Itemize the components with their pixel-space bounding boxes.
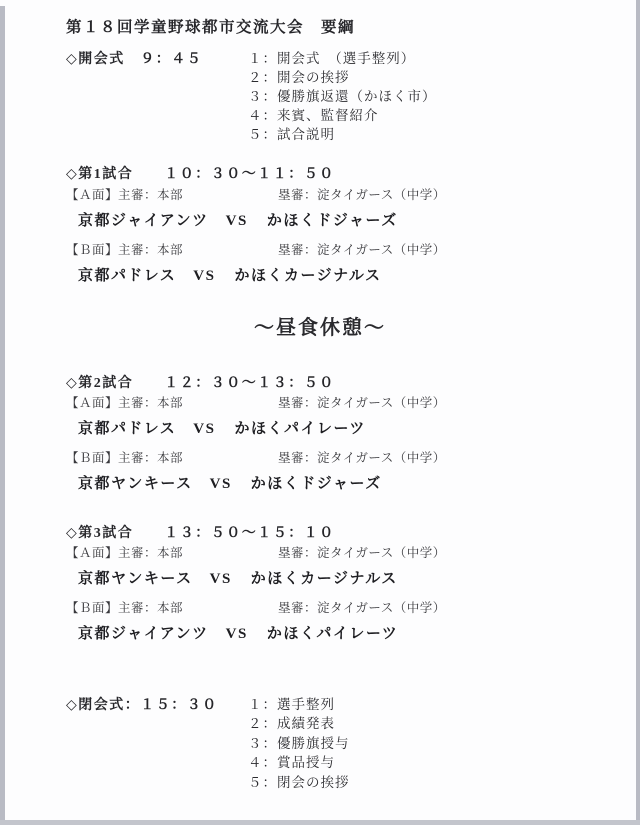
team-a-name: 京都パドレス [78,268,176,284]
vs-label: VS [210,476,232,492]
field-b-main-umpire: 【Ｂ面】主審：本部 [66,243,183,257]
closing-item: ４：賞品授与 [248,755,335,772]
game-header: ◇第1試合 １０：３０～１１：５０ [66,163,335,183]
team-b-name: かほくドジャーズ [251,476,382,492]
field-b-matchup: 京都ジャイアンツVSかほくパイレーツ [78,622,398,643]
field-a-main-umpire: 【Ａ面】主審：本部 [66,546,183,560]
game-section-1: ◇第1試合 １０：３０～１１：５０ 【Ａ面】主審：本部 塁審：淀タイガース（中学… [66,163,611,285]
field-b-matchup: 京都ヤンキースVSかほくドジャーズ [78,472,382,493]
document-page: 第１８回学童野球都市交流大会 要綱 ◇開会式 ９：４５ １：開会式 （選手整列）… [0,0,640,825]
field-b-main-umpire: 【Ｂ面】主審：本部 [66,451,183,465]
field-a-main-umpire: 【Ａ面】主審：本部 [66,396,183,410]
field-a-base-umpire: 塁審：淀タイガース（中学） [278,543,446,561]
vs-label: VS [226,213,248,229]
vs-label: VS [193,421,215,437]
closing-item: ５：閉会の挨拶 [248,775,350,792]
closing-item: １：選手整列 [248,697,335,714]
game-header: ◇第3試合 １３：５０～１５：１０ [66,522,335,542]
field-b-main-umpire: 【Ｂ面】主審：本部 [66,601,183,615]
game-header: ◇第2試合 １２：３０～１３：５０ [66,372,335,392]
game-section-2: ◇第2試合 １２：３０～１３：５０ 【Ａ面】主審：本部 塁審：淀タイガース（中学… [66,372,611,494]
team-b-name: かほくパイレーツ [234,421,365,437]
team-b-name: かほくカージナルス [234,268,381,284]
field-b-base-umpire: 塁審：淀タイガース（中学） [278,598,446,616]
field-a-base-umpire: 塁審：淀タイガース（中学） [278,393,446,411]
team-b-name: かほくドジャーズ [267,213,398,229]
field-b-matchup: 京都パドレスVSかほくカージナルス [78,264,381,285]
page-edge-right [636,0,640,825]
field-a-matchup: 京都ジャイアンツVSかほくドジャーズ [78,209,398,230]
field-a-base-umpire: 塁審：淀タイガース（中学） [278,185,446,203]
opening-item: ５：試合説明 [248,127,335,144]
field-a-umpire-line: 【Ａ面】主審：本部 塁審：淀タイガース（中学） [66,393,611,411]
opening-item: １：開会式 （選手整列） [248,51,415,68]
field-a-main-umpire: 【Ａ面】主審：本部 [66,188,183,202]
closing-item: ３：優勝旗授与 [248,736,350,753]
team-b-name: かほくパイレーツ [267,626,398,642]
field-a-umpire-line: 【Ａ面】主審：本部 塁審：淀タイガース（中学） [66,185,611,203]
lunch-break-heading: ～昼食休憩～ [0,316,640,341]
field-b-umpire-line: 【Ｂ面】主審：本部 塁審：淀タイガース（中学） [66,598,611,616]
opening-item: ２：開会の挨拶 [248,70,350,87]
field-a-matchup: 京都ヤンキースVSかほくカージナルス [78,567,398,588]
team-a-name: 京都ヤンキース [78,476,193,492]
team-a-name: 京都ジャイアンツ [78,213,209,229]
field-b-base-umpire: 塁審：淀タイガース（中学） [278,240,446,258]
field-b-base-umpire: 塁審：淀タイガース（中学） [278,448,446,466]
team-a-name: 京都ヤンキース [78,571,193,587]
page-title: 第１８回学童野球都市交流大会 要綱 [66,18,355,37]
page-edge-bottom [0,820,640,825]
team-a-name: 京都パドレス [78,421,176,437]
page-edge-left [0,6,5,825]
vs-label: VS [210,571,232,587]
opening-item: ４：来賓、監督紹介 [248,108,379,125]
field-a-umpire-line: 【Ａ面】主審：本部 塁審：淀タイガース（中学） [66,543,611,561]
opening-item: ３：優勝旗返還（かほく市） [248,89,437,106]
vs-label: VS [193,268,215,284]
closing-item: ２：成績発表 [248,716,335,733]
team-a-name: 京都ジャイアンツ [78,626,209,642]
vs-label: VS [226,626,248,642]
opening-ceremony-header: ◇開会式 ９：４５ [66,51,202,69]
closing-ceremony-header: ◇閉会式：１５：３０ [66,697,218,715]
game-section-3: ◇第3試合 １３：５０～１５：１０ 【Ａ面】主審：本部 塁審：淀タイガース（中学… [66,522,611,644]
field-b-umpire-line: 【Ｂ面】主審：本部 塁審：淀タイガース（中学） [66,240,611,258]
field-b-umpire-line: 【Ｂ面】主審：本部 塁審：淀タイガース（中学） [66,448,611,466]
field-a-matchup: 京都パドレスVSかほくパイレーツ [78,417,366,438]
team-b-name: かほくカージナルス [251,571,398,587]
